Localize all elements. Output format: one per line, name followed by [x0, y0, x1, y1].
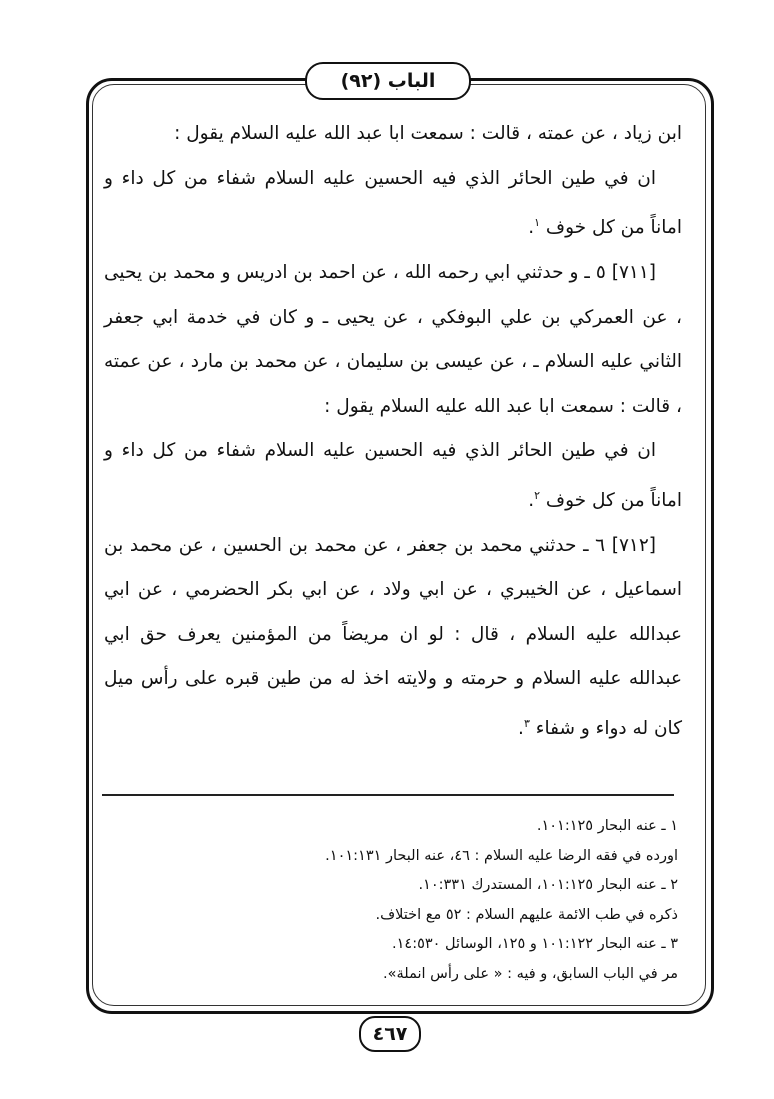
page-number-badge: ٤٦٧ — [359, 1016, 421, 1052]
chapter-header-badge: الباب (٩٢) — [305, 62, 471, 100]
chapter-label: الباب (٩٢) — [341, 70, 436, 92]
footnote: ٢ ـ عنه البحار ١٠١:١٢٥، المستدرك ١٠:٣٣١. — [300, 871, 678, 901]
hadith-711: [٧١١] ٥ ـ و حدثني ابي رحمه الله ، عن احم… — [104, 251, 682, 429]
paragraph: ان في طين الحائر الذي فيه الحسين عليه ال… — [104, 157, 682, 251]
paragraph: ابن زياد ، عن عمته ، قالت : سمعت ابا عبد… — [104, 112, 682, 157]
footnote-separator — [102, 794, 674, 796]
footnote: مر في الباب السابق، و فيه : « على رأس ان… — [300, 960, 678, 990]
footnote: ٣ ـ عنه البحار ١٠١:١٢٢ و ١٢٥، الوسائل ١٤… — [300, 930, 678, 960]
footnote-marker: ٣ — [524, 717, 530, 730]
footnote: ١ ـ عنه البحار ١٠١:١٢٥. — [300, 812, 678, 842]
footnote-marker: ٢ — [534, 489, 540, 502]
paragraph: ان في طين الحائر الذي فيه الحسين عليه ال… — [104, 429, 682, 523]
main-text: ابن زياد ، عن عمته ، قالت : سمعت ابا عبد… — [104, 112, 682, 752]
footnotes: ١ ـ عنه البحار ١٠١:١٢٥. اورده في فقه الر… — [300, 812, 678, 989]
hadith-712: [٧١٢] ٦ ـ حدثني محمد بن جعفر ، عن محمد ب… — [104, 524, 682, 752]
footnote: اورده في فقه الرضا عليه السلام : ٤٦، عنه… — [300, 842, 678, 872]
page-number: ٤٦٧ — [373, 1023, 408, 1045]
footnote: ذكره في طب الائمة عليهم السلام : ٥٢ مع ا… — [300, 901, 678, 931]
footnote-marker: ١ — [534, 216, 540, 229]
